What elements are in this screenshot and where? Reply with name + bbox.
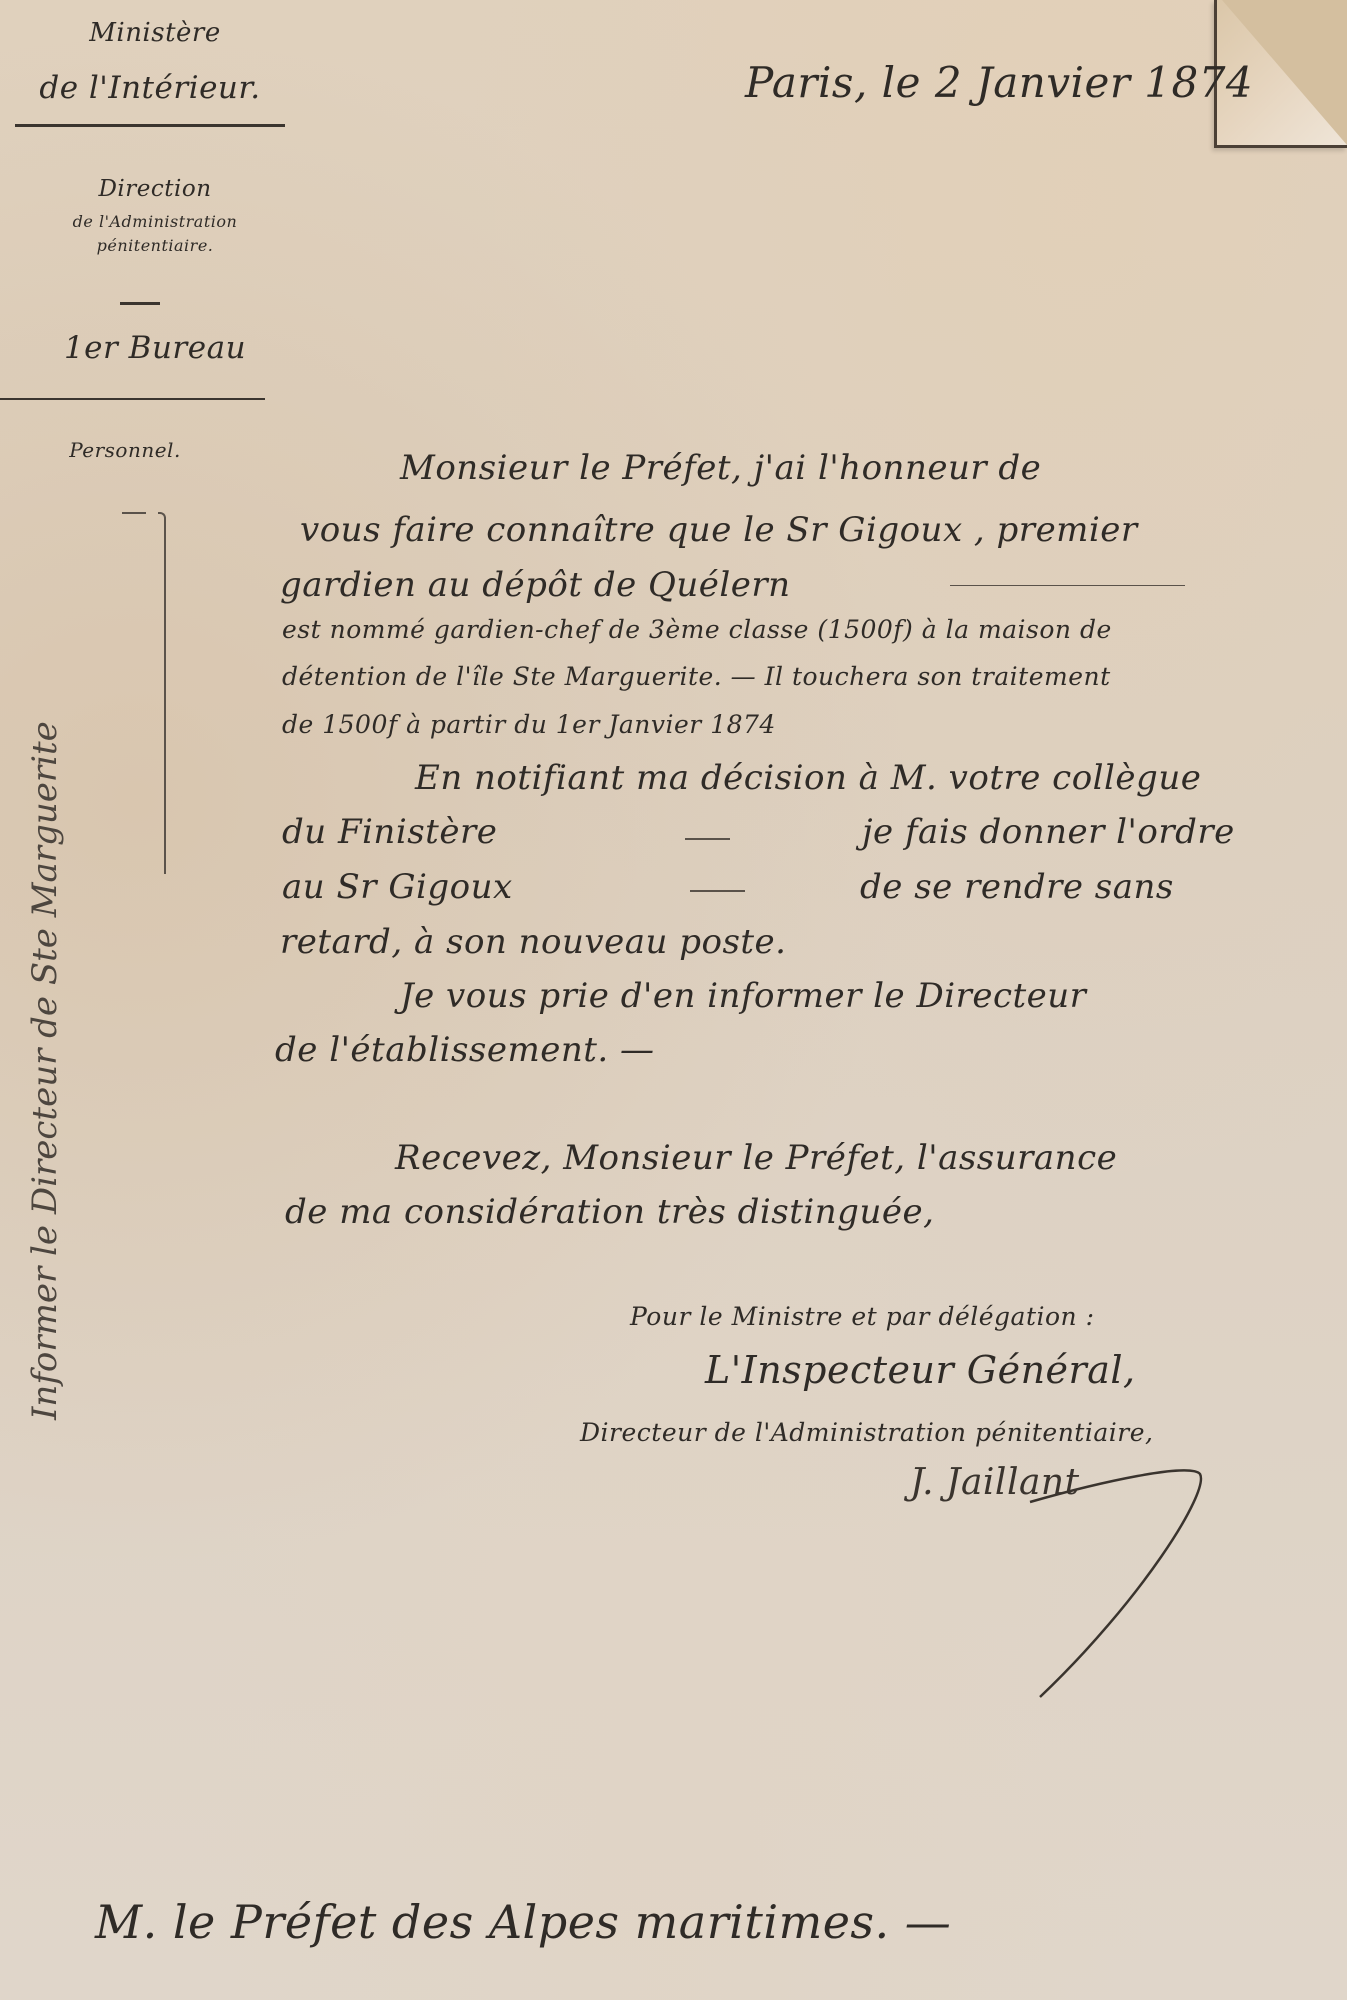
body-line: retard, à son nouveau poste. [280,922,787,962]
letterhead-separator [120,302,160,305]
body-line: Je vous prie d'en informer le Directeur [400,976,1086,1016]
letterhead-ministry: Ministère [40,18,270,48]
signature-flourish [1020,1462,1220,1702]
signature-title: L'Inspecteur Général, [705,1348,1136,1392]
letterhead-direction-sub2: pénitentiaire. [40,236,270,255]
addressee: M. le Préfet des Alpes maritimes. — [95,1895,951,1949]
margin-annotation: Informer le Directeur de Ste Marguerite [25,721,65,1420]
letterhead-rule-2 [0,398,265,400]
body-line: détention de l'île Ste Marguerite. — Il … [282,662,1111,691]
signature-role: Directeur de l'Administration pénitentia… [580,1418,1153,1447]
body-line: vous faire connaître que le Sr Gigoux , … [300,510,1138,550]
body-line: au Sr Gigoux [282,867,513,907]
body-line: je fais donner l'ordre [862,812,1235,852]
letter-page: Ministère de l'Intérieur. Direction de l… [0,0,1347,2000]
letterhead-bureau: 1er Bureau [25,330,285,366]
body-line: de l'établissement. — [275,1030,655,1070]
signature-delegation: Pour le Ministre et par délégation : [630,1302,1095,1331]
body-line: est nommé gardien-chef de 3ème classe (1… [282,615,1112,644]
dash [685,838,730,840]
letterhead-direction: Direction [40,176,270,202]
date-line: Paris, le 2 Janvier 1874 [745,58,1253,107]
dash [690,890,745,892]
letterhead-ministry-interior: de l'Intérieur. [15,70,285,106]
letterhead-direction-sub1: de l'Administration [30,212,280,231]
body-line: En notifiant ma décision à M. votre coll… [415,758,1201,798]
body-line: du Finistère [282,812,497,852]
body-line: de 1500f à partir du 1er Janvier 1874 [282,710,776,739]
body-line: Monsieur le Préfet, j'ai l'honneur de [400,448,1041,488]
body-line: gardien au dépôt de Quélern [280,565,791,605]
margin-bracket [158,512,166,874]
margin-dash [122,512,146,514]
blank-line [950,585,1185,586]
letterhead-rule [15,124,285,127]
letterhead-section: Personnel. [40,438,210,462]
closing-line: de ma considération très distinguée, [285,1192,934,1232]
closing-line: Recevez, Monsieur le Préfet, l'assurance [395,1138,1117,1178]
body-line: de se rendre sans [860,867,1174,907]
